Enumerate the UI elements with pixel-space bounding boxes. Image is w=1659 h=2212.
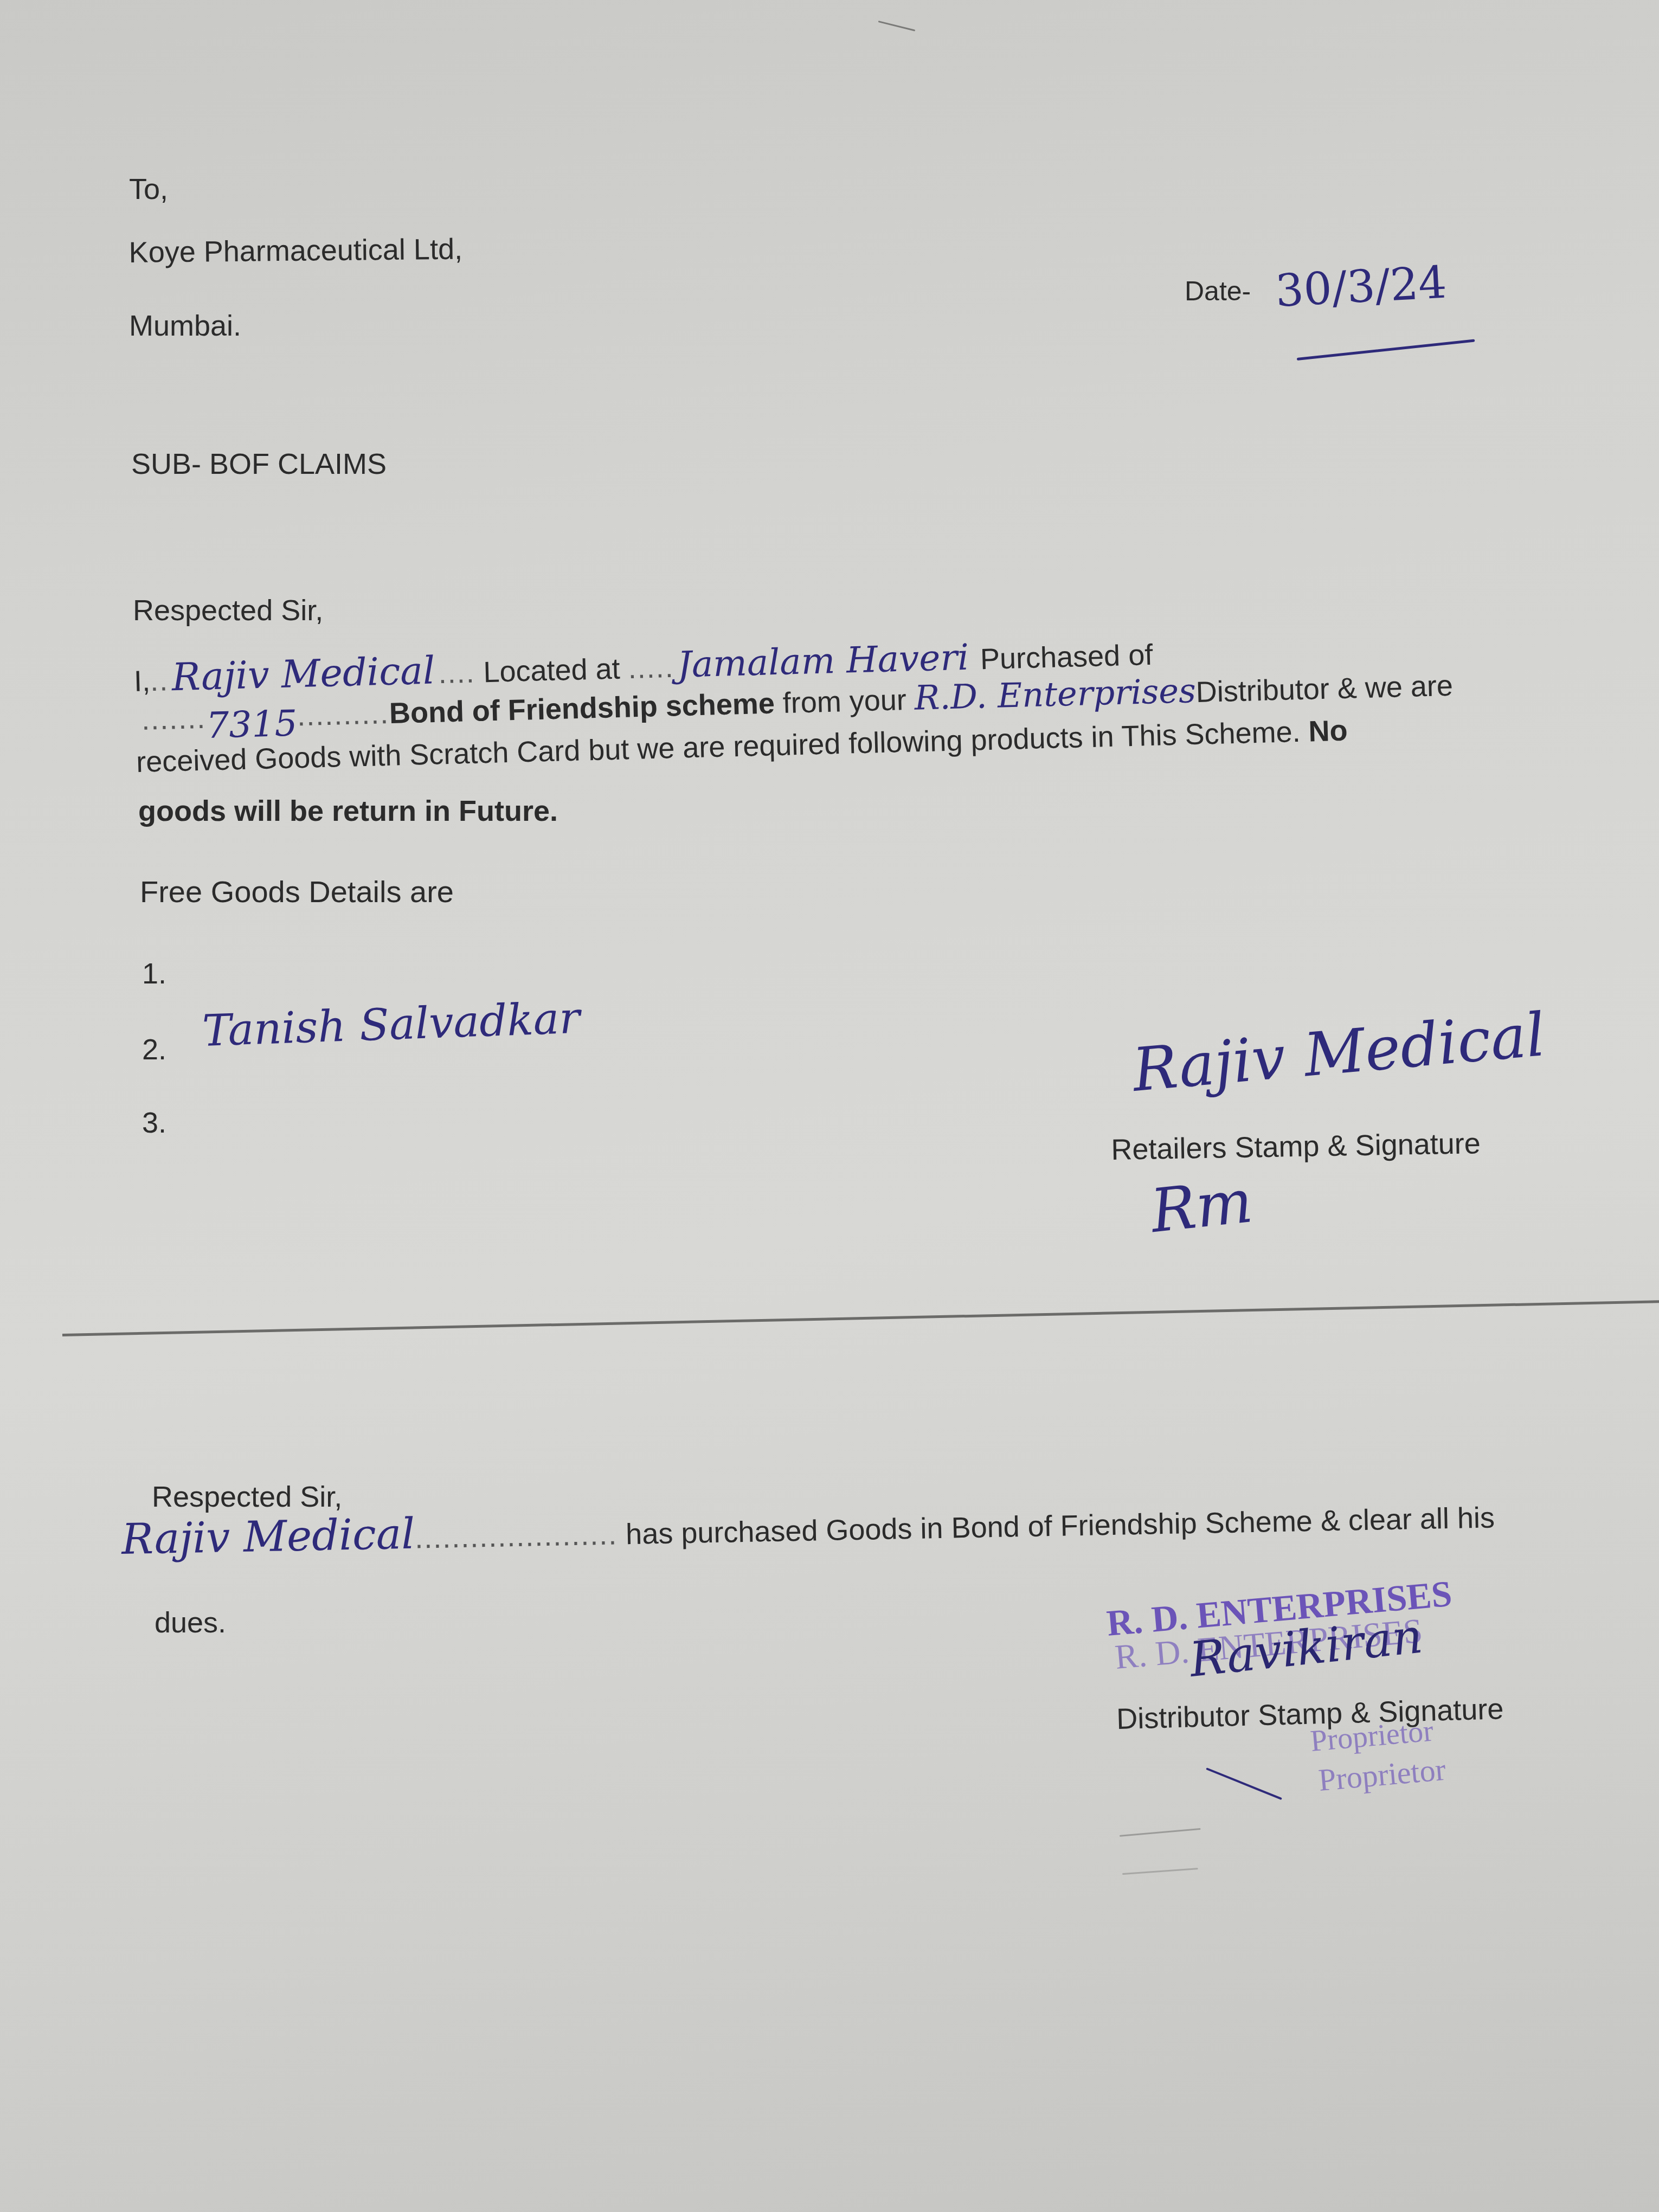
body-purchased-of: Purchased of: [980, 639, 1153, 676]
free-goods-item-1-number: 1.: [142, 957, 166, 991]
address-city: Mumbai.: [129, 309, 241, 343]
fill-dots: .....: [628, 651, 675, 685]
signature-stroke: [1206, 1767, 1282, 1800]
faint-print-line: [1120, 1828, 1201, 1837]
free-goods-item-3-number: 3.: [142, 1106, 166, 1140]
bof-claim-letter: To, Koye Pharmaceutical Ltd, Mumbai. Dat…: [0, 0, 1659, 2212]
distributor-stamp-role-2: Proprietor: [1317, 1751, 1447, 1798]
body-line-4: goods will be return in Future.: [138, 794, 558, 828]
greeting: Respected Sir,: [133, 594, 323, 627]
body-line1-prefix: I,: [133, 665, 151, 698]
faint-print-line: [1122, 1868, 1198, 1875]
retailer-initials: Rm: [1148, 1166, 1256, 1246]
retailer-signature: Rajiv Medical: [1130, 1000, 1548, 1105]
subject-line: SUB- BOF CLAIMS: [131, 447, 387, 481]
distributor-body-text: has purchased Goods in Bond of Friendshi…: [626, 1501, 1495, 1551]
distributor-body-continued: dues.: [155, 1606, 226, 1639]
address-company: Koye Pharmaceutical Ltd,: [128, 233, 462, 269]
distributor-name-field: R.D. Enterprises: [914, 671, 1197, 718]
free-goods-heading: Free Goods Details are: [140, 874, 454, 909]
body-distributor-we-are: Distributor & we are: [1195, 670, 1454, 709]
free-goods-item-2-value: Tanish Salvadkar: [202, 993, 581, 1056]
fill-dots: ..: [150, 664, 169, 697]
fill-dots: ..........: [297, 697, 390, 732]
retailer-stamp-label: Retailers Stamp & Signature: [1111, 1127, 1481, 1167]
fill-dots: .......: [141, 702, 207, 736]
amount-field: 7315: [205, 703, 298, 747]
date-value: 30/3/24: [1274, 257, 1448, 317]
body-line3-bold: No: [1308, 715, 1348, 748]
distributor-greeting: Respected Sir,: [152, 1480, 342, 1514]
free-goods-item-2-number: 2.: [142, 1033, 166, 1066]
date-underline: [1297, 339, 1475, 361]
date-label: Date-: [1185, 275, 1251, 307]
fill-dots: ......................: [415, 1518, 618, 1554]
address-to: To,: [129, 172, 168, 206]
body-from-your: from your: [782, 684, 907, 719]
distributor-retailer-name-field: Rajiv Medical: [121, 1510, 415, 1564]
section-divider: [62, 1300, 1659, 1336]
scheme-name: Bond of Friendship scheme: [389, 687, 775, 730]
body-located-at: Located at: [483, 653, 621, 689]
fill-dots: ....: [438, 657, 476, 690]
paper-crease-mark: [878, 21, 916, 31]
